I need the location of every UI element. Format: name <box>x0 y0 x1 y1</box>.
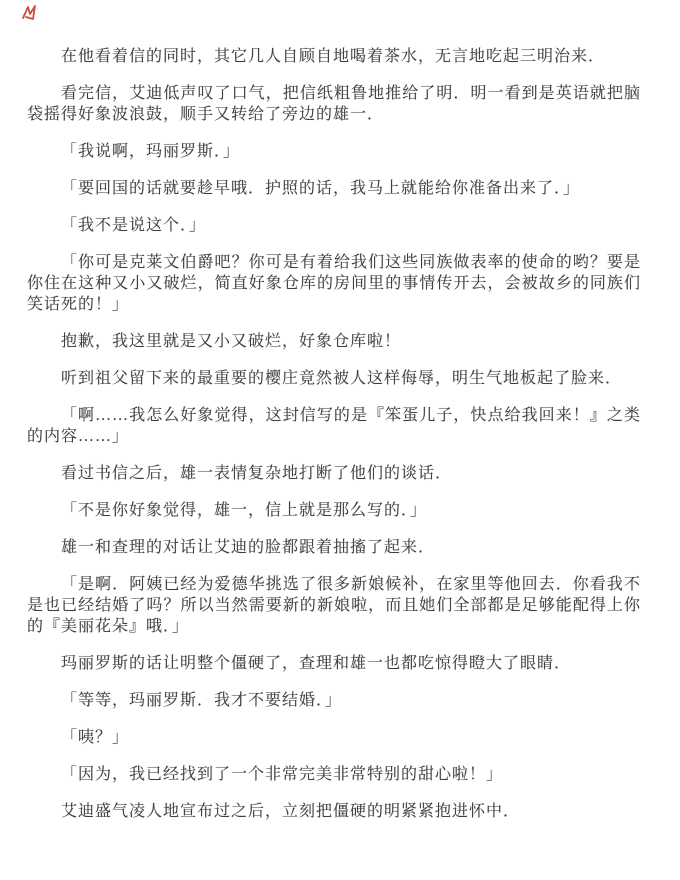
paragraph: 「咦？」 <box>27 727 641 748</box>
text-column: 在他看着信的同时，其它几人自顾自地喝着茶水，无言地吃起三明治来．看完信，艾迪低声… <box>27 46 641 838</box>
paragraph: 在他看着信的同时，其它几人自顾自地喝着茶水，无言地吃起三明治来． <box>27 46 641 67</box>
paragraph: 抱歉，我这里就是又小又破烂，好象仓库啦！ <box>27 331 641 352</box>
paragraph: 「等等，玛丽罗斯．我才不要结婚．」 <box>27 690 641 711</box>
paragraph: 「因为，我已经找到了一个非常完美非常特别的甜心啦！」 <box>27 764 641 785</box>
paragraph: 「啊……我怎么好象觉得，这封信写的是『笨蛋儿子，快点给我回来！』之类的内容……」 <box>27 405 641 447</box>
paragraph: 艾迪盛气凌人地宣布过之后，立刻把僵硬的明紧紧抱进怀中． <box>27 801 641 822</box>
paragraph: 玛丽罗斯的话让明整个僵硬了，查理和雄一也都吃惊得瞪大了眼睛． <box>27 653 641 674</box>
paragraph: 雄一和查理的对话让艾迪的脸都跟着抽搐了起来． <box>27 537 641 558</box>
paragraph: 看完信，艾迪低声叹了口气，把信纸粗鲁地推给了明．明一看到是英语就把脑袋摇得好象波… <box>27 83 641 125</box>
paragraph: 「不是你好象觉得，雄一，信上就是那么写的．」 <box>27 500 641 521</box>
paragraph: 听到祖父留下来的最重要的樱庄竟然被人这样侮辱，明生气地板起了脸来． <box>27 368 641 389</box>
document-page: 在他看着信的同时，其它几人自顾自地喝着茶水，无言地吃起三明治来．看完信，艾迪低声… <box>0 0 680 880</box>
paragraph: 「我说啊，玛丽罗斯．」 <box>27 141 641 162</box>
paragraph: 「是啊．阿姨已经为爱德华挑选了很多新娘候补，在家里等他回去．你看我不是也已经结婚… <box>27 574 641 637</box>
red-scribble-icon <box>20 4 40 22</box>
paragraph: 「你可是克莱文伯爵吧？你可是有着给我们这些同族做表率的使命的哟？要是你住在这种又… <box>27 252 641 315</box>
paragraph: 看过书信之后，雄一表情复杂地打断了他们的谈话． <box>27 463 641 484</box>
paragraph: 「我不是说这个．」 <box>27 215 641 236</box>
paragraph: 「要回国的话就要趁早哦．护照的话，我马上就能给你准备出来了．」 <box>27 178 641 199</box>
